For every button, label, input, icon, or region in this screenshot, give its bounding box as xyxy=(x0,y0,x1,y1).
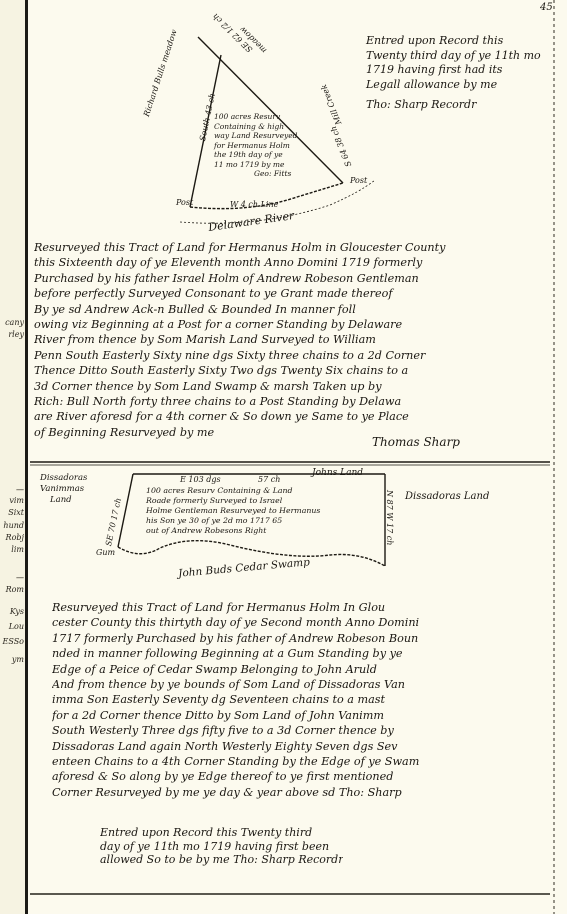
map2-inner-note: 100 acres Resurv Containing & Land Roade… xyxy=(146,486,320,536)
para1-line: Purchased by his father Israel Holm of A… xyxy=(34,271,550,286)
map2-inner-line: out of Andrew Robesons Right xyxy=(146,526,320,536)
para1-line: are River aforesd for a 4th corner & So … xyxy=(34,409,550,424)
para1-line: Rich: Bull North forty three chains to a… xyxy=(34,394,550,409)
para1-line: owing viz Beginning at a Post for a corn… xyxy=(34,317,550,332)
map1-label-post-left: Post xyxy=(176,198,193,207)
bottom-note-line: Entred upon Record this Twenty third xyxy=(100,826,343,840)
map2-label-north-line-b: 57 ch xyxy=(258,475,280,484)
map1-label-south-line: W 4 ch Line xyxy=(230,200,278,209)
map2-label-dissadoras-vanimmas: Dissadoras Vanimmas Land xyxy=(40,473,87,506)
para1-line: Thence Ditto South Easterly Sixty Two dg… xyxy=(34,363,550,378)
para2-line: Edge of a Peice of Cedar Swamp Belonging… xyxy=(52,662,552,677)
para2-line: Resurveyed this Tract of Land for Herman… xyxy=(52,600,552,615)
map2-inner-line: 100 acres Resurv Containing & Land xyxy=(146,486,320,496)
para2-line: South Westerly Three dgs fifty five to a… xyxy=(52,723,552,738)
map1-inner-line: Geo: Fitts xyxy=(214,169,297,179)
para1-line: River from thence by Som Marish Land Sur… xyxy=(34,332,550,347)
para1-line: before perfectly Surveyed Consonant to y… xyxy=(34,286,550,301)
survey-paragraph-1: Resurveyed this Tract of Land for Herman… xyxy=(34,240,550,440)
map2-label-north-line-a: E 103 dgs xyxy=(180,475,221,484)
map1-inner-line: Containing & high xyxy=(214,122,297,132)
map1-inner-note: 100 acres Resurv Containing & high way L… xyxy=(214,112,297,179)
para2-line: for a 2d Corner thence Ditto by Som Land… xyxy=(52,708,552,723)
map2-left-land-line: Dissadoras xyxy=(40,473,87,484)
para2-line: aforesd & So along by ye Edge thereof to… xyxy=(52,769,552,784)
para2-line: Corner Resurveyed by me ye day & year ab… xyxy=(52,785,552,800)
map1-label-post-right: Post xyxy=(350,176,367,185)
para1-line: this Sixteenth day of ye Eleventh month … xyxy=(34,255,550,270)
para2-line: enteen Chains to a 4th Corner Standing b… xyxy=(52,754,552,769)
map2-left-land-line: Vanimmas xyxy=(40,484,87,495)
para2-line: And from thence by ye bounds of Som Land… xyxy=(52,677,552,692)
bottom-recording-note: Entred upon Record this Twenty third day… xyxy=(100,826,343,867)
para1-line: By ye sd Andrew Ack-n Bulled & Bounded I… xyxy=(34,302,550,317)
map2-inner-line: his Son ye 30 of ye 2d mo 1717 65 xyxy=(146,516,320,526)
map2-inner-line: Holme Gentleman Resurveyed to Hermanus xyxy=(146,506,320,516)
map1-inner-line: way Land Resurveyed xyxy=(214,131,297,141)
para1-line: of Beginning Resurveyed by me xyxy=(34,425,550,440)
para2-line: Dissadoras Land again North Westerly Eig… xyxy=(52,739,552,754)
map2-inner-line: Roade formerly Surveyed to Israel xyxy=(146,496,320,506)
map1-inner-line: the 19th day of ye xyxy=(214,150,297,160)
map2-left-land-line: Land xyxy=(40,495,87,506)
para2-line: cester County this thirtyth day of ye Se… xyxy=(52,615,552,630)
bottom-note-line: day of ye 11th mo 1719 having first been xyxy=(100,840,343,854)
document-page: cany rley — vim Sixt hund Robj lim — Rom… xyxy=(0,0,567,914)
map2-label-gum: Gum xyxy=(96,548,115,557)
para1-line: Penn South Easterly Sixty nine dgs Sixty… xyxy=(34,348,550,363)
bottom-rule xyxy=(30,893,550,895)
map1-inner-line: 11 mo 1719 by me xyxy=(214,160,297,170)
map2-label-dissadoras-land: Dissadoras Land xyxy=(405,491,489,502)
para2-line: 1717 formerly Purchased by his father of… xyxy=(52,631,552,646)
signature-thomas-sharp: Thomas Sharp xyxy=(372,435,460,449)
para2-line: imma Son Easterly Seventy dg Seventeen c… xyxy=(52,692,552,707)
map2-label-east-line: N 87 W 17 ch xyxy=(385,490,394,545)
para1-line: Resurveyed this Tract of Land for Herman… xyxy=(34,240,550,255)
bottom-note-line: allowed So to be by me Tho: Sharp Record… xyxy=(100,853,343,867)
para2-line: nded in manner following Beginning at a … xyxy=(52,646,552,661)
para1-line: 3d Corner thence by Som Land Swamp & mar… xyxy=(34,379,550,394)
map1-inner-line: for Hermanus Holm xyxy=(214,141,297,151)
map1-inner-line: 100 acres Resurv xyxy=(214,112,297,122)
map2-label-johns-land: Johns Land xyxy=(312,468,363,478)
survey-paragraph-2: Resurveyed this Tract of Land for Herman… xyxy=(52,600,552,800)
